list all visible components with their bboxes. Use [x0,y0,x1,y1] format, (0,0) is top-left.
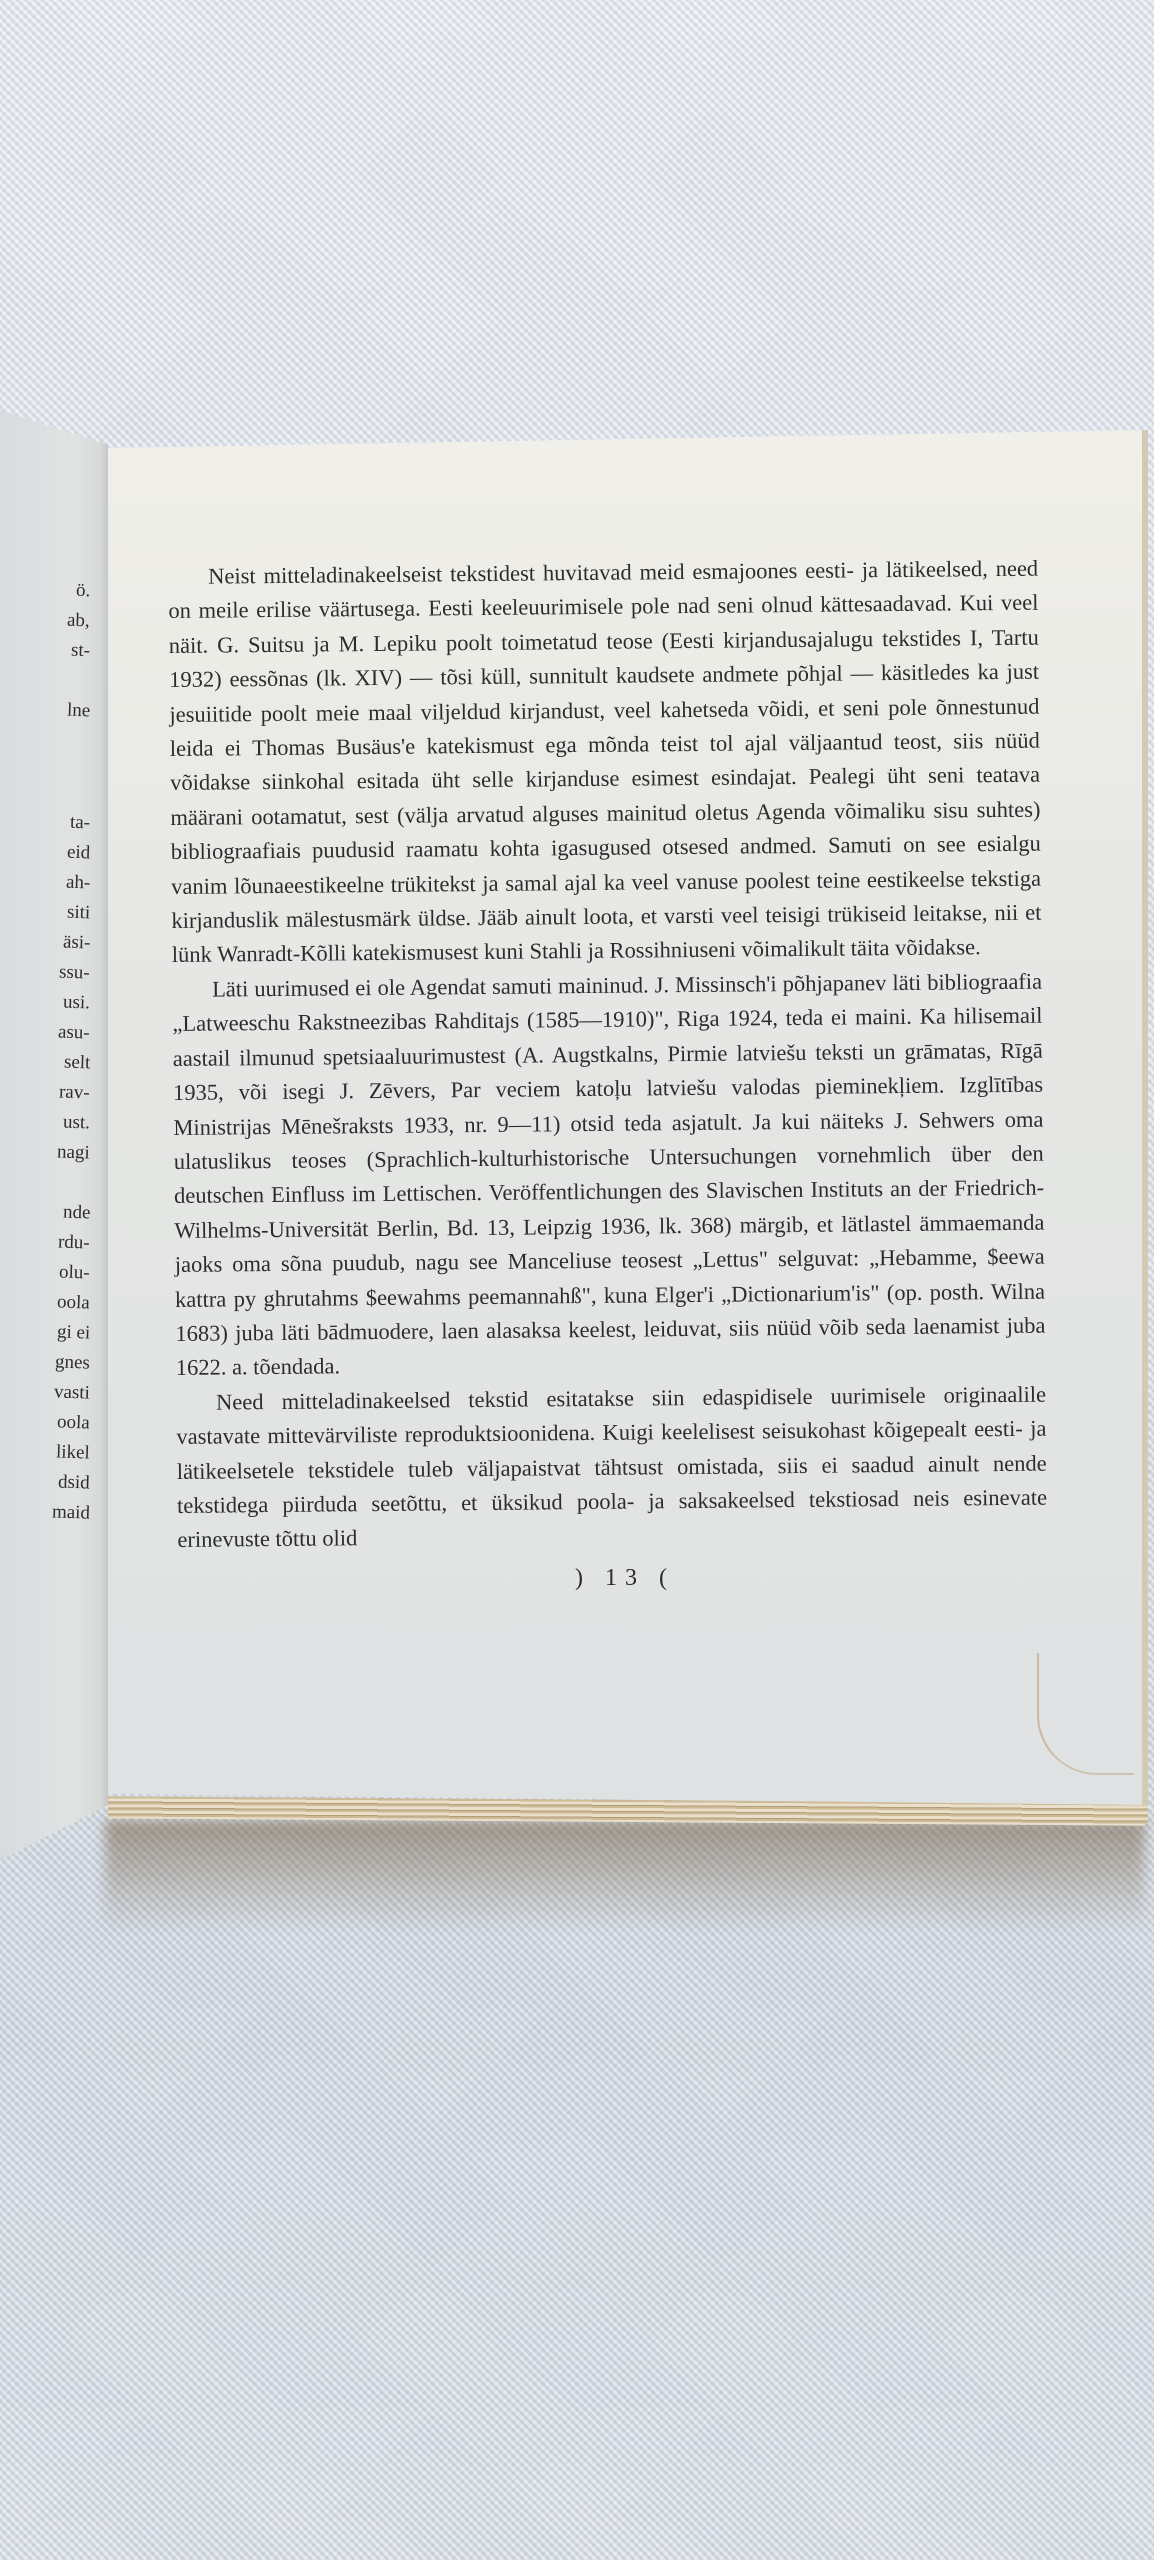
water-stain [1037,1653,1134,1775]
left-fragment: ssu- [59,961,90,984]
left-fragment: ö. [75,580,90,602]
left-fragment: ta- [70,812,91,835]
left-fragment: st- [71,640,91,663]
left-fragment: ah- [65,872,90,895]
left-fragment: oola [57,1291,90,1314]
left-fragment: gi ei [56,1321,90,1344]
left-fragment: likel [56,1441,91,1464]
left-fragment: gnes [55,1351,91,1374]
left-fragment: asu- [58,1021,90,1044]
left-fragment: ust. [63,1112,91,1135]
left-fragment: rav- [59,1081,90,1104]
paragraph-2: Läti uurimused ei ole Agendat samuti mai… [172,965,1046,1386]
left-fragment: lne [66,700,90,723]
left-fragment: selt [63,1052,90,1075]
left-fragment: rdu- [58,1231,90,1254]
left-fragment: vasti [54,1381,91,1404]
left-fragment: äsi- [62,932,90,955]
paragraph-1: Neist mitteladinakeelseist tekstidest hu… [168,552,1042,973]
left-fragment: olu- [59,1261,90,1284]
left-fragment: maid [52,1501,91,1524]
left-fragment: dsid [58,1471,90,1494]
left-page: ö. ab, st- lne ta- eid ah- siti äsi- ssu… [0,400,108,1860]
left-fragment: ab, [67,610,90,633]
left-fragment: usi. [63,992,91,1015]
right-page: Neist mitteladinakeelseist tekstidest hu… [108,430,1148,1805]
left-fragment: siti [66,902,90,925]
page-number: ) 13 ( [108,1565,1142,1592]
left-fragment: nagi [57,1141,90,1164]
paragraph-3: Need mitteladinakeelsed tekstid esitatak… [176,1377,1048,1557]
left-fragment: eid [66,842,90,865]
left-fragment: nde [62,1202,90,1225]
book-shadow [105,1820,1145,1930]
left-fragment: oola [57,1411,90,1434]
body-text: Neist mitteladinakeelseist tekstidest hu… [168,552,1048,1558]
